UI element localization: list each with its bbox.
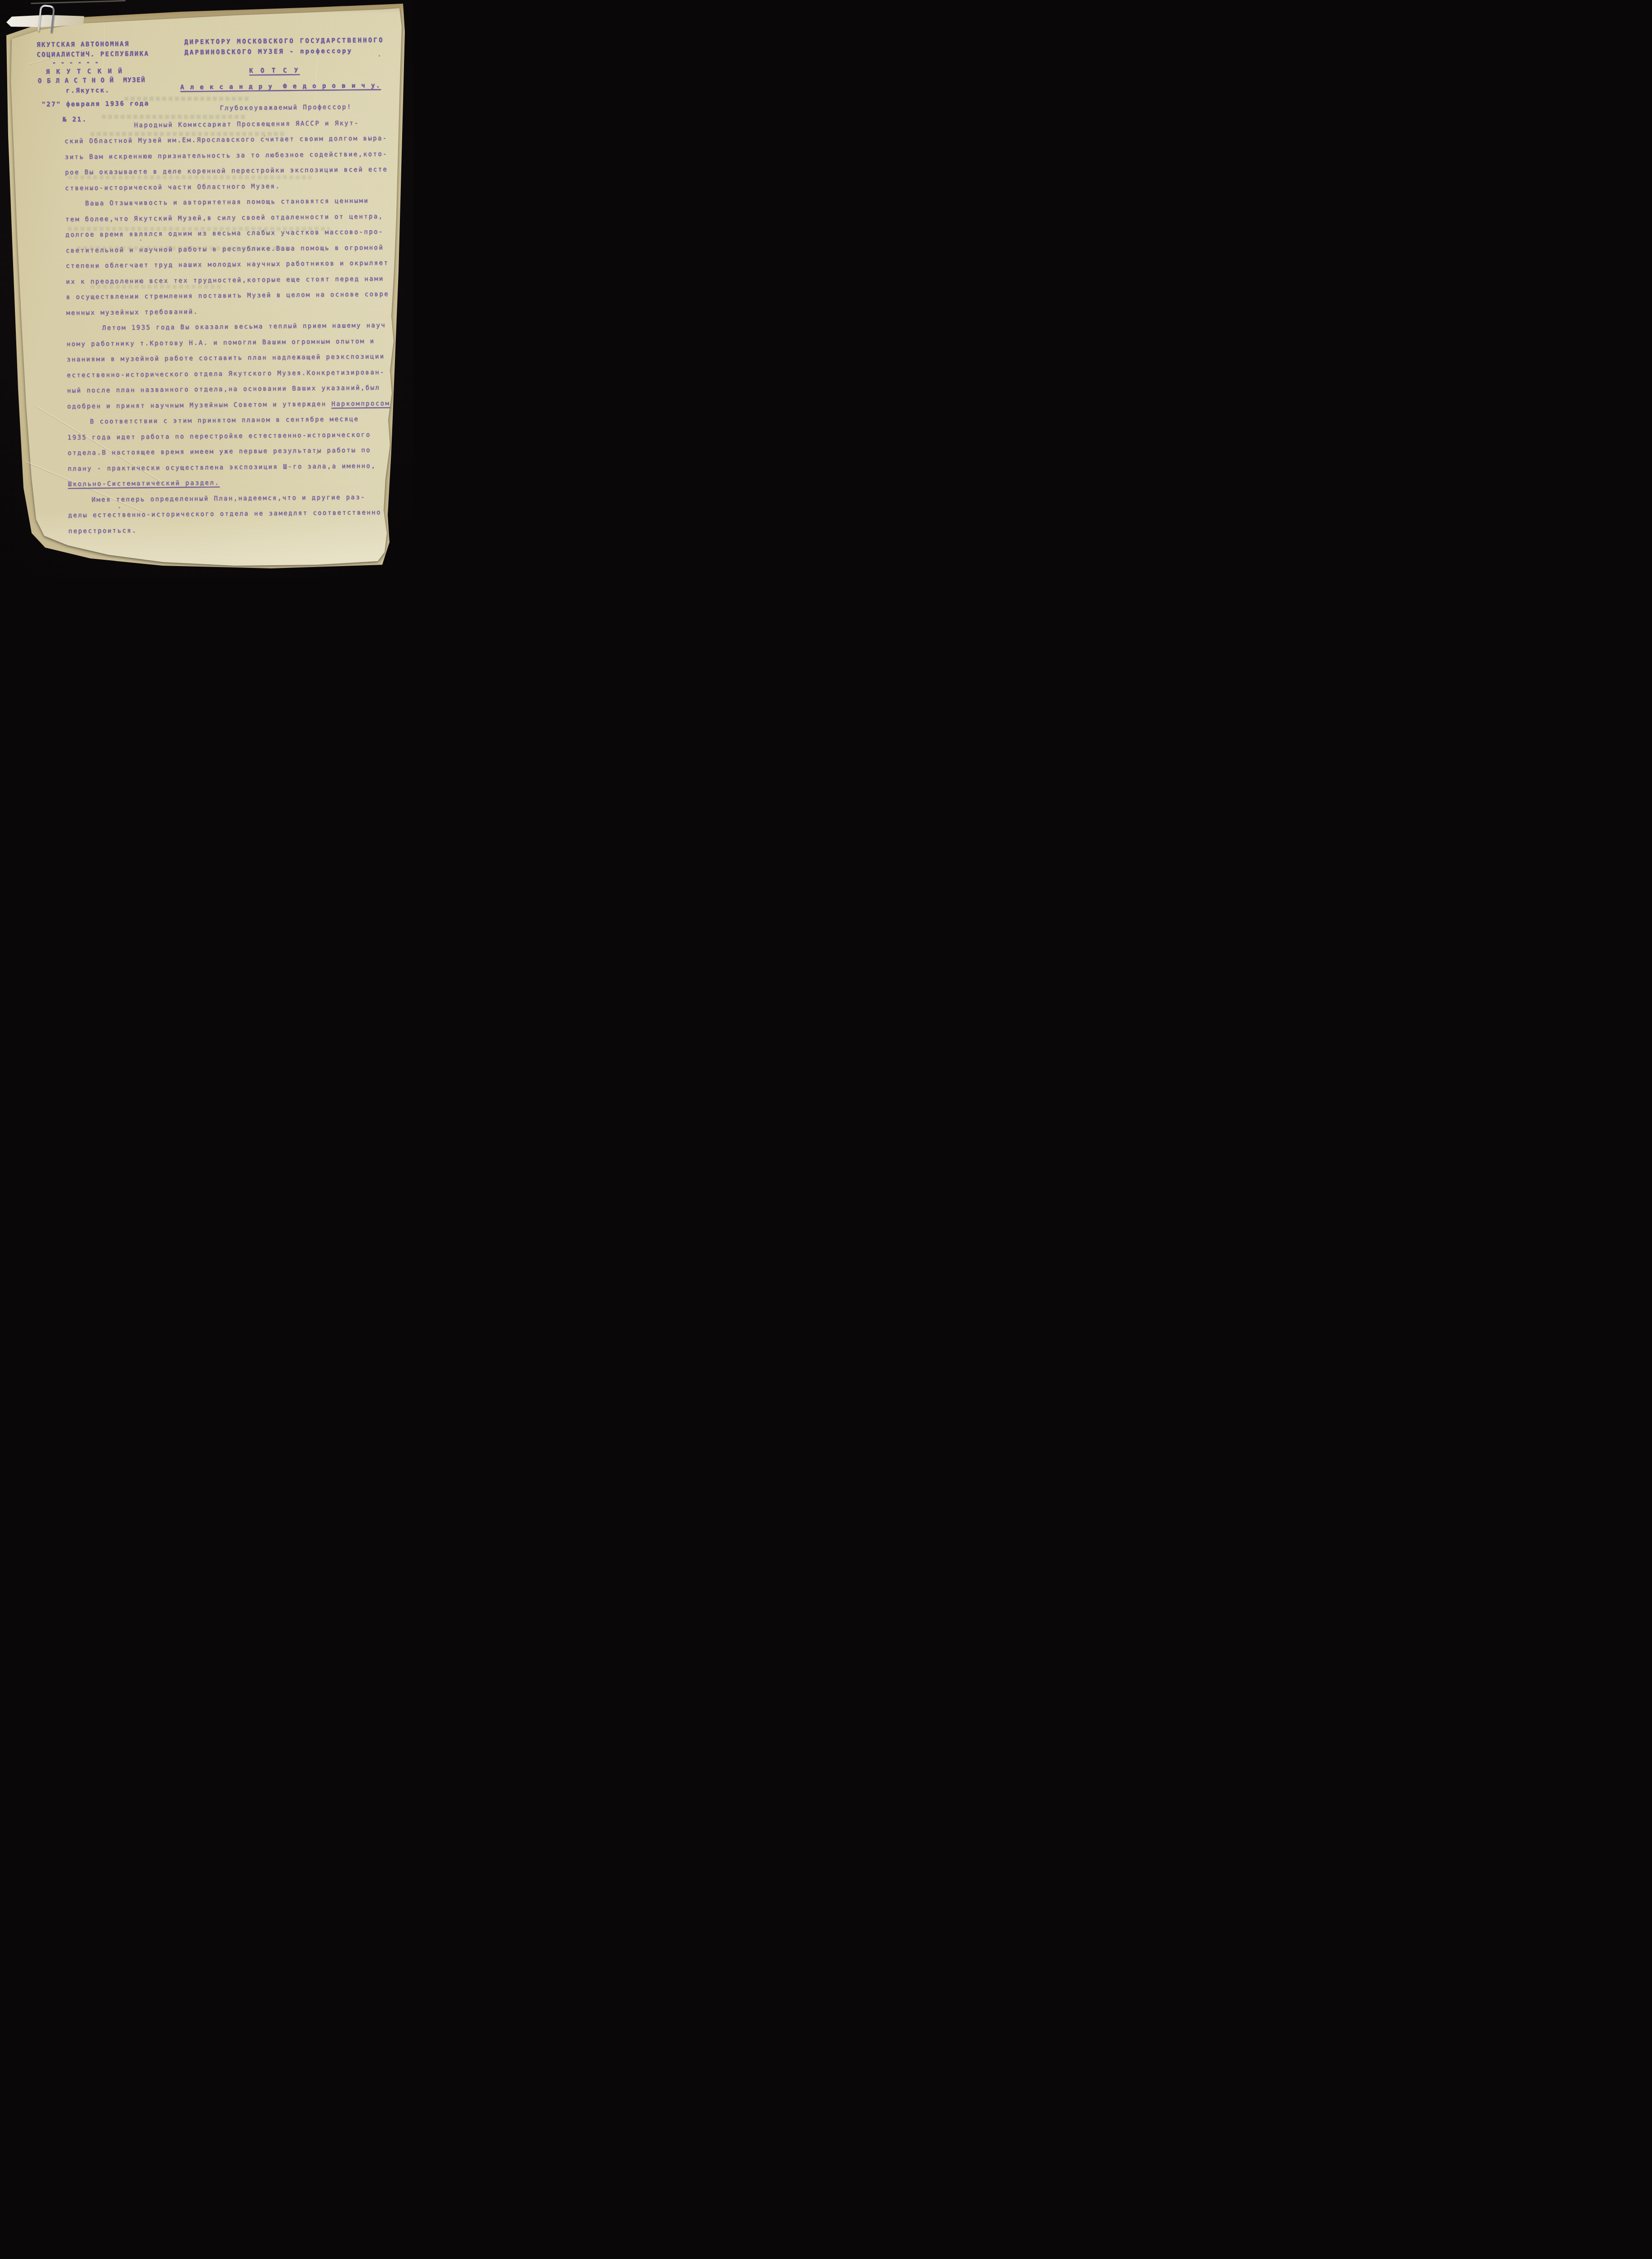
body-text-line: плану - практически осуществлена экспози… (68, 462, 376, 473)
body-text-line: их к преодолению всех тех трудностей,кот… (66, 275, 384, 286)
body-text-line: Имея теперь определенный План,надеемся,ч… (92, 494, 366, 504)
letterhead-left-line: О Б Л А С Т Н О Й МУЗЕЙ (38, 76, 145, 85)
body-text-line: перестроиться. (68, 527, 137, 535)
letterhead-left-line: № 21. (63, 116, 87, 124)
letterhead-left-line: - - - - - - (52, 59, 99, 67)
letterhead-left-line: г.Якутск. (66, 87, 110, 95)
body-text-line: отдела.В настоящее время имеем уже первы… (68, 447, 371, 457)
letterhead-left-line: ЯКУТСКАЯ АВТОНОМНАЯ (37, 41, 130, 49)
letterhead-left-line: СОЦИАЛИСТИЧ. РЕСПУБЛИКА (37, 50, 149, 59)
body-text-line: Ваша Отзывчивость и авторитетная помощь … (85, 197, 369, 208)
body-text-line: долгое время являлся одним из весьма сла… (66, 228, 384, 239)
paper-clip-icon (38, 4, 55, 33)
body-text-line: в осуществлении стремления поставить Муз… (66, 291, 389, 301)
body-text-line: 1935 года идет работа по перестройке ест… (67, 431, 371, 442)
typed-text-layer: ЯКУТСКАЯ АВТОНОМНАЯСОЦИАЛИСТИЧ. РЕСПУБЛИ… (0, 0, 413, 578)
body-text-line: ный после план названного отдела,на осно… (67, 384, 380, 395)
body-text-line: ственно-исторической части Областного Му… (65, 183, 281, 192)
body-text-line: Народный Комиссариат Просвещения ЯАССР и… (134, 120, 359, 130)
body-text-line: степени облегчает труд наших молодых нау… (66, 259, 389, 270)
letterhead-right-line: А л е к с а н д р у Ф е д о р о в и ч у. (180, 82, 381, 91)
body-text-line: одобрен и принят научным Музейным Совето… (67, 400, 390, 411)
salutation-line: Глубокоуважаемый Профессор! (220, 103, 352, 112)
letterhead-right-line: ДАРВИНОВСКОГО МУЗЕЯ - профессору (184, 47, 352, 57)
body-text-line: Школьно-Систематический раздел. (68, 479, 220, 488)
body-text-line: ский Областной Музей им.Ем.Ярославского … (65, 135, 388, 145)
body-text-line: рое Вы оказываете в деле коренной перест… (65, 166, 388, 177)
letterhead-left-line: "27" февраля 1936 года (42, 100, 149, 108)
body-text-line: тем более,что Якутский Музей,в силу свое… (66, 213, 384, 224)
body-text-line: Летом 1935 года Вы оказали весьма теплый… (102, 322, 386, 332)
scanned-document: ЯКУТСКАЯ АВТОНОМНАЯСОЦИАЛИСТИЧ. РЕСПУБЛИ… (0, 0, 413, 578)
body-text-line: ному работнику т.Кротову Н.А. и помогли … (66, 337, 375, 348)
body-text-line: зить Вам искреннюю признательность за то… (65, 150, 388, 161)
body-text-line: светительной и научной работы в республи… (66, 244, 384, 255)
letterhead-left-line: Я К У Т С К И Й (46, 68, 123, 76)
body-text-line: В соответствии с этим принятом планом в … (90, 416, 359, 426)
body-text-line: менных музейных требований. (66, 308, 199, 317)
body-text-line: знаниями в музейной работе составить пла… (67, 353, 385, 364)
letterhead-right-line: К О Т С У (249, 67, 300, 75)
letterhead-right-line: ДИРЕКТОРУ МОСКОВСКОГО ГОСУДАРСТВЕННОГО (184, 37, 384, 46)
body-text-line: делы естественно-исторического отдела не… (68, 509, 381, 520)
body-text-line: естественно-исторического отдела Якутско… (67, 369, 385, 380)
